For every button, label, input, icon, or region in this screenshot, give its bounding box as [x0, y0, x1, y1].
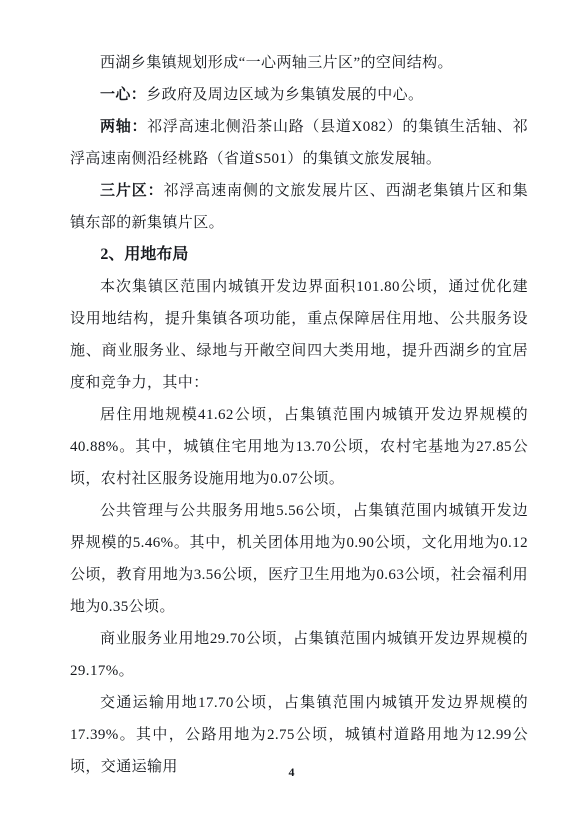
- paragraph-lead: 三片区：: [100, 183, 163, 199]
- section-heading-land-use: 2、用地布局: [70, 239, 528, 271]
- document-page: 西湖乡集镇规划形成“一心两轴三片区”的空间结构。 一心：乡政府及周边区域为乡集镇…: [0, 0, 583, 821]
- paragraph-text: 商业服务业用地29.70公顷，占集镇范围内城镇开发边界规模的29.17%。: [70, 631, 528, 679]
- paragraph-text: 公共管理与公共服务用地5.56公顷，占集镇范围内城镇开发边界规模的5.46%。其…: [70, 503, 528, 615]
- paragraph-text: 乡政府及周边区域为乡集镇发展的中心。: [146, 87, 423, 103]
- paragraph-commercial-land: 商业服务业用地29.70公顷，占集镇范围内城镇开发边界规模的29.17%。: [70, 623, 528, 687]
- paragraph-one-center: 一心：乡政府及周边区域为乡集镇发展的中心。: [70, 79, 528, 111]
- page-footer: 4: [0, 763, 583, 781]
- paragraph-three-districts: 三片区：祁浮高速南侧的文旅发展片区、西湖老集镇片区和集镇东部的新集镇片区。: [70, 175, 528, 239]
- paragraph-land-use-overview: 本次集镇区范围内城镇开发边界面积101.80公顷，通过优化建设用地结构，提升集镇…: [70, 271, 528, 399]
- paragraph-lead: 一心：: [100, 87, 146, 103]
- paragraph-spatial-structure: 西湖乡集镇规划形成“一心两轴三片区”的空间结构。: [70, 47, 528, 79]
- paragraph-residential-land: 居住用地规模41.62公顷，占集镇范围内城镇开发边界规模的40.88%。其中，城…: [70, 399, 528, 495]
- paragraph-lead: 两轴：: [100, 119, 147, 135]
- paragraph-public-service-land: 公共管理与公共服务用地5.56公顷，占集镇范围内城镇开发边界规模的5.46%。其…: [70, 495, 528, 623]
- paragraph-text: 本次集镇区范围内城镇开发边界面积101.80公顷，通过优化建设用地结构，提升集镇…: [70, 279, 528, 391]
- page-number: 4: [289, 765, 295, 779]
- document-body: 西湖乡集镇规划形成“一心两轴三片区”的空间结构。 一心：乡政府及周边区域为乡集镇…: [70, 47, 528, 783]
- paragraph-text: 居住用地规模41.62公顷，占集镇范围内城镇开发边界规模的40.88%。其中，城…: [70, 407, 528, 487]
- paragraph-two-axes: 两轴：祁浮高速北侧沿茶山路（县道X082）的集镇生活轴、祁浮高速南侧沿经桃路（省…: [70, 111, 528, 175]
- paragraph-text: 西湖乡集镇规划形成“一心两轴三片区”的空间结构。: [100, 55, 453, 71]
